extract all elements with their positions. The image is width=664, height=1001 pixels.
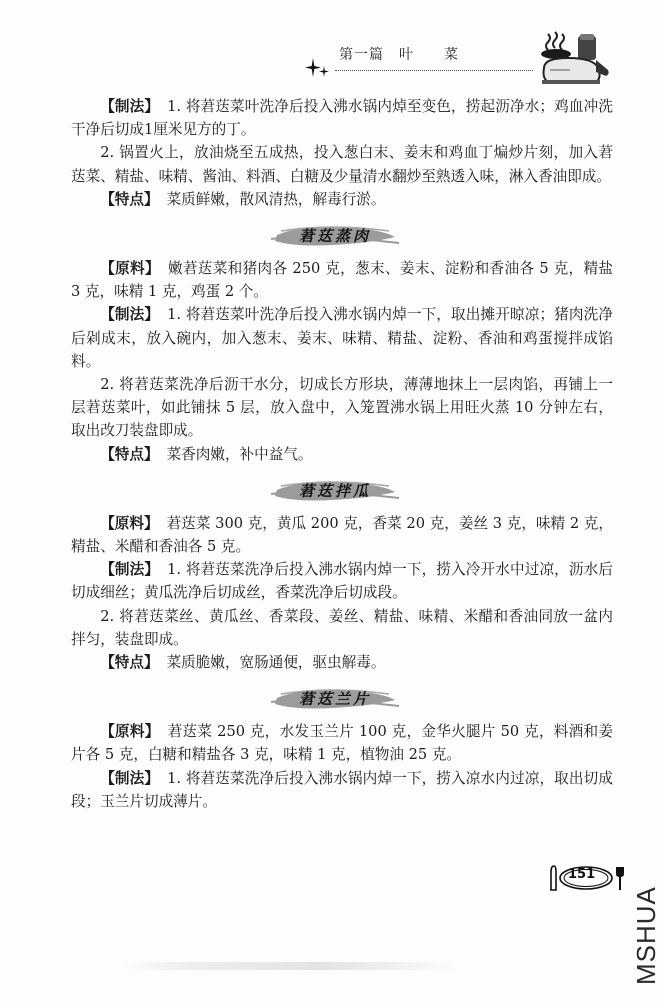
method-paragraph: 【制法】1. 将莙荙菜叶洗净后投入沸水锅内焯一下，取出摊开晾凉；猪肉洗净后剁成末… [71,303,613,373]
feature-text: 菜质脆嫩，宽肠通便，驱虫解毒。 [167,654,386,671]
ingredients-label: 【原料】 [100,260,160,277]
feature-paragraph: 【特点】菜质脆嫩，宽肠通便，驱虫解毒。 [71,651,613,674]
method-label: 【制法】 [100,561,159,578]
method-step-text: 2. 将莙荙菜洗净后沥干水分，切成长方形块，薄薄地抹上一层肉馅，再铺上一层莙荙菜… [71,376,613,439]
section-title: 第一篇 叶 菜 [339,44,459,64]
recipe-content: 【制法】1. 将莙荙菜叶洗净后投入沸水锅内焯至变色，捞起沥净水；鸡血冲洗干净后切… [71,95,613,813]
watermark: MSHUA [631,886,662,985]
ingredients-label: 【原料】 [100,515,158,532]
page-number: 151 [568,867,595,882]
book-page: 第一篇 叶 菜 【制法】1. 将莙荙菜叶洗净后投入沸水锅内焯至变色，捞起沥净水；… [0,0,664,1001]
scan-artifact [120,962,460,970]
method-paragraph: 【制法】1. 将莙荙菜洗净后投入沸水锅内焯一下，捞入凉水内过凉，取出切成段；玉兰… [71,767,613,813]
method-step-text: 2. 锅置火上，放油烧至五成热，投入葱白末、姜末和鸡血丁煸炒片刻，加入莙荙菜、精… [71,144,613,184]
ingredients-paragraph: 【原料】嫩莙荙菜和猪肉各 250 克，葱末、姜末、淀粉和香油各 5 克，精盐 3… [71,257,613,303]
feature-text: 菜质鲜嫩，散风清热，解毒行淤。 [167,191,386,208]
dish-title: 莙荙兰片 [299,688,371,711]
dish-title: 莙荙拌瓜 [299,480,371,503]
method-label: 【制法】 [100,98,159,115]
dish-heading: 莙荙拌瓜 [71,470,613,510]
feature-label: 【特点】 [100,191,158,208]
method-label: 【制法】 [100,306,159,323]
steaming-cookware-icon [540,30,612,86]
sparkle-stars-icon [305,56,335,80]
dish-heading: 莙荙兰片 [71,678,613,718]
feature-paragraph: 【特点】菜质鲜嫩，散风清热，解毒行淤。 [71,188,613,211]
feature-text: 菜香肉嫩，补中益气。 [167,446,313,463]
method-step-paragraph: 2. 锅置火上，放油烧至五成热，投入葱白末、姜末和鸡血丁煸炒片刻，加入莙荙菜、精… [71,141,613,187]
method-paragraph: 【制法】1. 将莙荙菜洗净后投入沸水锅内焯一下，捞入冷开水中过凉，沥水后切成细丝… [71,558,613,604]
method-label: 【制法】 [100,770,159,787]
header-dotted-rule [335,70,533,71]
dish-heading: 莙荙蒸肉 [71,215,613,255]
dish-title: 莙荙蒸肉 [299,225,371,248]
feature-label: 【特点】 [100,446,158,463]
ingredients-paragraph: 【原料】莙荙菜 300 克，黄瓜 200 克，香菜 20 克，姜丝 3 克，味精… [71,512,613,558]
method-step-paragraph: 2. 将莙荙菜洗净后沥干水分，切成长方形块，薄薄地抹上一层肉馅，再铺上一层莙荙菜… [71,373,613,443]
method-step-paragraph: 2. 将莙荙菜丝、黄瓜丝、香菜段、姜丝、精盐、味精、米醋和香油同放一盆内拌匀，装… [71,605,613,651]
feature-label: 【特点】 [100,654,158,671]
running-header: 第一篇 叶 菜 [305,40,545,80]
feature-paragraph: 【特点】菜香肉嫩，补中益气。 [71,443,613,466]
method-paragraph: 【制法】1. 将莙荙菜叶洗净后投入沸水锅内焯至变色，捞起沥净水；鸡血冲洗干净后切… [71,95,613,141]
method-step-text: 2. 将莙荙菜丝、黄瓜丝、香菜段、姜丝、精盐、味精、米醋和香油同放一盆内拌匀，装… [71,608,613,648]
ingredients-label: 【原料】 [100,723,159,740]
ingredients-paragraph: 【原料】莙荙菜 250 克，水发玉兰片 100 克，金华火腿片 50 克，料酒和… [71,720,613,766]
